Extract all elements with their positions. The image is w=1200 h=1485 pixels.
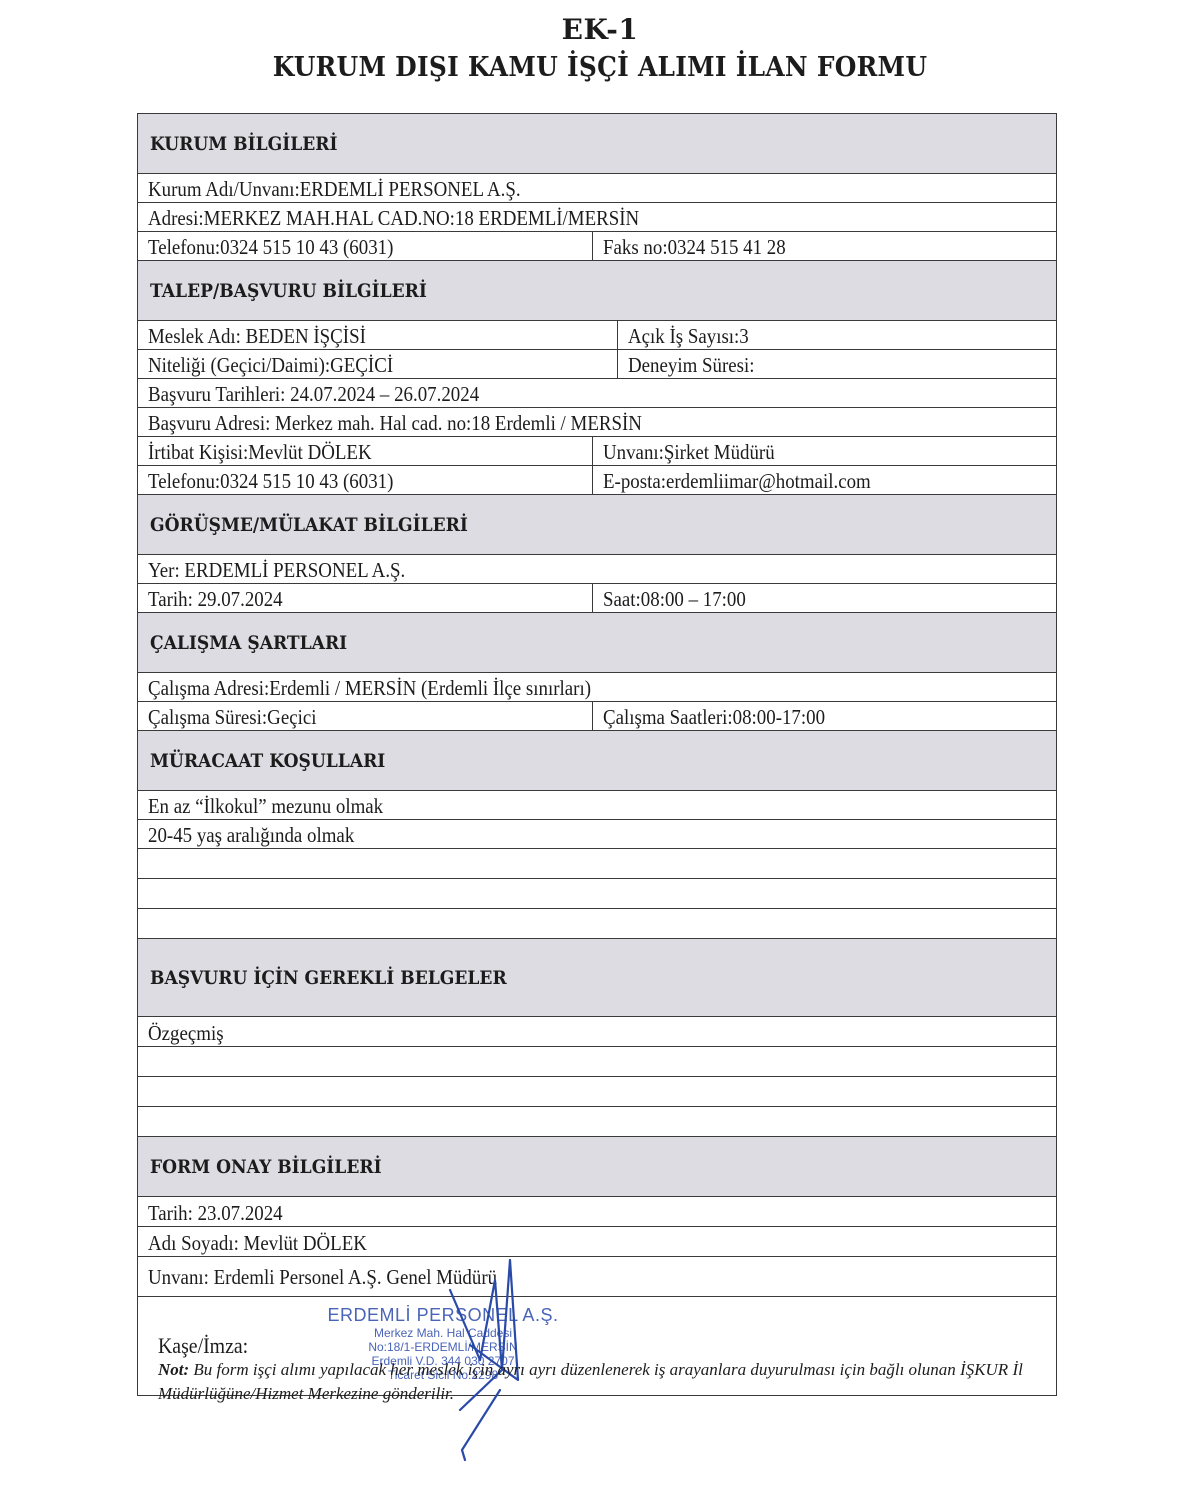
interview-time: Saat:08:00 – 17:00 (603, 586, 746, 612)
row-application-address: Başvuru Adresi: Merkez mah. Hal cad. no:… (138, 408, 1056, 437)
row-work-address: Çalışma Adresi:Erdemli / MERSİN (Erdemli… (138, 673, 1056, 702)
institution-phone: Telefonu:0324 515 10 43 (6031) (148, 234, 393, 260)
requirement-row (138, 879, 1056, 909)
note-text: Bu form işçi alımı yapılacak her meslek … (158, 1360, 1023, 1403)
interview-date: Tarih: 29.07.2024 (148, 586, 283, 612)
contact-title: Unvanı:Şirket Müdürü (603, 439, 775, 465)
footnote: Not: Bu form işçi alımı yapılacak her me… (158, 1358, 1088, 1406)
section-talep-header: TALEP/BAŞVURU BİLGİLERİ (138, 261, 1056, 321)
row-approval-name: Adı Soyadı: Mevlüt DÖLEK (138, 1227, 1056, 1257)
document-row (138, 1077, 1056, 1107)
document-row: Özgeçmiş (138, 1017, 1056, 1047)
row-work-duration: Çalışma Süresi:Geçici Çalışma Saatleri:0… (138, 702, 1056, 731)
interview-place: Yer: ERDEMLİ PERSONEL A.Ş. (148, 557, 405, 583)
contact-email: E-posta:erdemliimar@hotmail.com (603, 468, 871, 494)
document-title: KURUM DIŞI KAMU İŞÇİ ALIMI İLAN FORMU (48, 48, 1152, 88)
annex-label: EK-1 (0, 12, 1200, 48)
institution-name: Kurum Adı/Unvanı:ERDEMLİ PERSONEL A.Ş. (148, 176, 521, 202)
row-approval-title: Unvanı: Erdemli Personel A.Ş. Genel Müdü… (138, 1257, 1056, 1297)
work-address: Çalışma Adresi:Erdemli / MERSİN (Erdemli… (148, 675, 591, 701)
section-gorusme-header: GÖRÜŞME/MÜLAKAT BİLGİLERİ (138, 495, 1056, 555)
job-nature: Niteliği (Geçici/Daimi):GEÇİCİ (148, 352, 393, 378)
work-duration: Çalışma Süresi:Geçici (148, 704, 316, 730)
requirement-row: En az “İlkokul” mezunu olmak (138, 791, 1056, 820)
row-interview-place: Yer: ERDEMLİ PERSONEL A.Ş. (138, 555, 1056, 584)
row-nature: Niteliği (Geçici/Daimi):GEÇİCİ Deneyim S… (138, 350, 1056, 379)
announcement-form: KURUM BİLGİLERİ Kurum Adı/Unvanı:ERDEMLİ… (137, 113, 1057, 1396)
work-hours: Çalışma Saatleri:08:00-17:00 (603, 704, 825, 730)
row-contact-person: İrtibat Kişisi:Mevlüt DÖLEK Unvanı:Şirke… (138, 437, 1056, 466)
row-kurum-address: Adresi:MERKEZ MAH.HAL CAD.NO:18 ERDEMLİ/… (138, 203, 1056, 232)
required-document: Özgeçmiş (148, 1020, 224, 1046)
contact-phone: Telefonu:0324 515 10 43 (6031) (148, 468, 393, 494)
row-contact-phone: Telefonu:0324 515 10 43 (6031) E-posta:e… (138, 466, 1056, 495)
row-kurum-contact: Telefonu:0324 515 10 43 (6031) Faks no:0… (138, 232, 1056, 261)
section-onay-header: FORM ONAY BİLGİLERİ (138, 1137, 1056, 1197)
open-positions: Açık İş Sayısı:3 (628, 323, 749, 349)
application-address: Başvuru Adresi: Merkez mah. Hal cad. no:… (148, 410, 642, 436)
institution-fax: Faks no:0324 515 41 28 (603, 234, 786, 260)
row-interview-date: Tarih: 29.07.2024 Saat:08:00 – 17:00 (138, 584, 1056, 613)
requirement-row (138, 909, 1056, 939)
occupation-name: Meslek Adı: BEDEN İŞÇİSİ (148, 323, 366, 349)
section-muracaat-header: MÜRACAAT KOŞULLARI (138, 731, 1056, 791)
requirement-item: 20-45 yaş aralığında olmak (148, 822, 354, 848)
row-approval-date: Tarih: 23.07.2024 (138, 1197, 1056, 1227)
row-application-dates: Başvuru Tarihleri: 24.07.2024 – 26.07.20… (138, 379, 1056, 408)
stamp-signature-label: Kaşe/İmza: (158, 1333, 248, 1359)
requirement-row (138, 849, 1056, 879)
section-kurum-header: KURUM BİLGİLERİ (138, 114, 1056, 174)
application-dates: Başvuru Tarihleri: 24.07.2024 – 26.07.20… (148, 381, 479, 407)
institution-address: Adresi:MERKEZ MAH.HAL CAD.NO:18 ERDEMLİ/… (148, 205, 639, 231)
approval-date: Tarih: 23.07.2024 (148, 1200, 283, 1226)
requirement-item: En az “İlkokul” mezunu olmak (148, 793, 383, 819)
document-row (138, 1107, 1056, 1137)
experience-duration: Deneyim Süresi: (628, 352, 755, 378)
row-occupation: Meslek Adı: BEDEN İŞÇİSİ Açık İş Sayısı:… (138, 321, 1056, 350)
row-kurum-name: Kurum Adı/Unvanı:ERDEMLİ PERSONEL A.Ş. (138, 174, 1056, 203)
approver-title: Unvanı: Erdemli Personel A.Ş. Genel Müdü… (148, 1264, 497, 1290)
section-belgeler-header: BAŞVURU İÇİN GEREKLİ BELGELER (138, 939, 1056, 1017)
approver-name: Adı Soyadı: Mevlüt DÖLEK (148, 1230, 367, 1256)
contact-person: İrtibat Kişisi:Mevlüt DÖLEK (148, 439, 372, 465)
document-header: EK-1 KURUM DIŞI KAMU İŞÇİ ALIMI İLAN FOR… (0, 12, 1200, 88)
section-calisma-header: ÇALIŞMA ŞARTLARI (138, 613, 1056, 673)
requirement-row: 20-45 yaş aralığında olmak (138, 820, 1056, 849)
note-label: Not: (158, 1360, 189, 1379)
document-row (138, 1047, 1056, 1077)
